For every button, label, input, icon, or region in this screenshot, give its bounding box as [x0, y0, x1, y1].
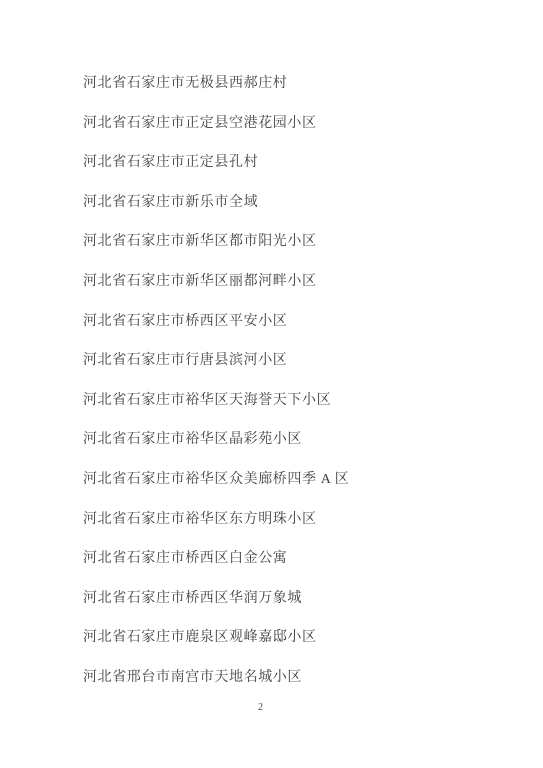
address-list: 河北省石家庄市无极县西郝庄村 河北省石家庄市正定县空港花园小区 河北省石家庄市正… [83, 64, 523, 698]
address-line: 河北省石家庄市裕华区众美廊桥四季 A 区 [83, 460, 523, 500]
page-number: 2 [258, 702, 263, 713]
address-line: 河北省石家庄市正定县空港花园小区 [83, 104, 523, 144]
address-line: 河北省邢台市南宫市天地名城小区 [83, 658, 523, 698]
address-line: 河北省石家庄市鹿泉区观峰嘉邸小区 [83, 618, 523, 658]
document-page: 河北省石家庄市无极县西郝庄村 河北省石家庄市正定县空港花园小区 河北省石家庄市正… [0, 0, 543, 768]
address-line: 河北省石家庄市裕华区晶彩苑小区 [83, 420, 523, 460]
address-line: 河北省石家庄市新华区都市阳光小区 [83, 222, 523, 262]
address-line: 河北省石家庄市桥西区华润万象城 [83, 579, 523, 619]
address-line: 河北省石家庄市桥西区白金公寓 [83, 539, 523, 579]
address-line: 河北省石家庄市正定县孔村 [83, 143, 523, 183]
address-line: 河北省石家庄市无极县西郝庄村 [83, 64, 523, 104]
address-line: 河北省石家庄市新乐市全域 [83, 183, 523, 223]
address-line: 河北省石家庄市裕华区天海誉天下小区 [83, 381, 523, 421]
address-line: 河北省石家庄市桥西区平安小区 [83, 302, 523, 342]
address-line: 河北省石家庄市新华区丽都河畔小区 [83, 262, 523, 302]
page-footer: 2 [0, 697, 521, 715]
address-line: 河北省石家庄市行唐县滨河小区 [83, 341, 523, 381]
address-line: 河北省石家庄市裕华区东方明珠小区 [83, 500, 523, 540]
